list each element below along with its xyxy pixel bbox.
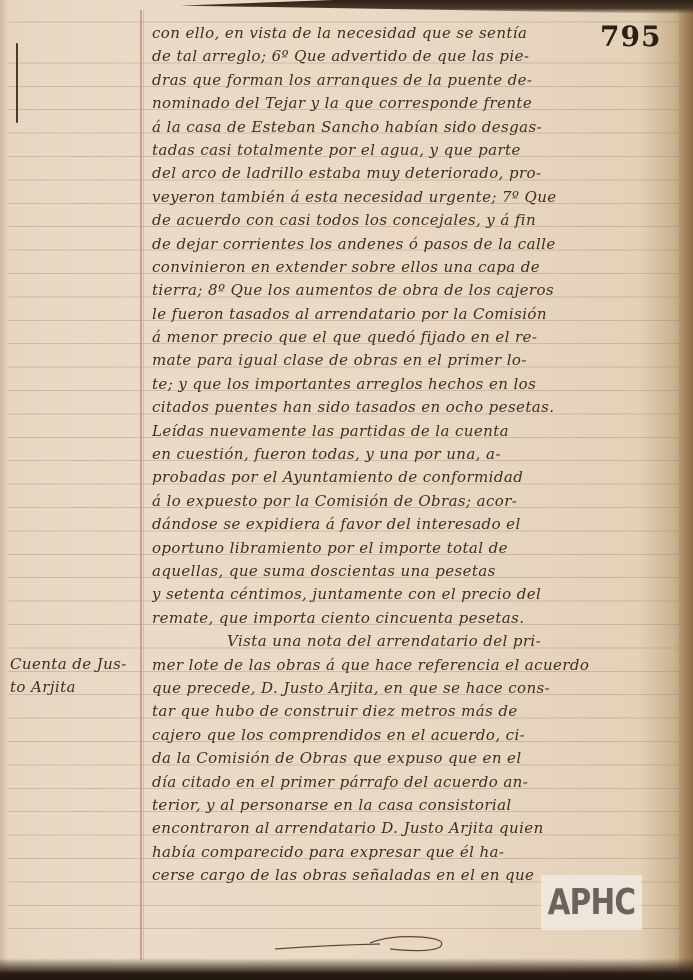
- text-line: y setenta céntimos, juntamente con el pr…: [152, 583, 672, 606]
- aphc-watermark: APHC: [541, 875, 642, 930]
- text-line: te; y que los importantes arreglos hecho…: [152, 373, 672, 396]
- red-margin-rule: [140, 10, 142, 960]
- text-line: encontraron al arrendatario D. Justo Arj…: [152, 817, 672, 840]
- text-line: dándose se expidiera á favor del interes…: [152, 513, 672, 536]
- text-line: tar que hubo de construir diez metros má…: [152, 700, 672, 723]
- text-line: veyeron también á esta necesidad urgente…: [152, 186, 672, 209]
- text-line: probadas por el Ayuntamiento de conformi…: [152, 466, 672, 489]
- text-line: citados puentes han sido tasados en ocho…: [152, 396, 672, 419]
- text-line: había comparecido para expresar que él h…: [152, 841, 672, 864]
- text-line: oportuno libramiento por el importe tota…: [152, 537, 672, 560]
- text-line: da la Comisión de Obras que expuso que e…: [152, 747, 672, 770]
- text-line: dras que forman los arranques de la puen…: [152, 69, 672, 92]
- top-binding-shadow: [180, 0, 693, 14]
- closing-flourish-icon: [270, 933, 460, 955]
- text-line: de tal arreglo; 6º Que advertido de que …: [152, 45, 672, 68]
- text-line: día citado en el primer párrafo del acue…: [152, 771, 672, 794]
- text-line: de acuerdo con casi todos los concejales…: [152, 209, 672, 232]
- text-line: terior, y al personarse en la casa consi…: [152, 794, 672, 817]
- text-line-indented: Vista una nota del arrendatario del pri-: [152, 630, 672, 653]
- text-line: á menor precio que el que quedó fijado e…: [152, 326, 672, 349]
- ink-mark: [16, 43, 18, 123]
- margin-note-line: to Arjita: [10, 676, 138, 699]
- red-margin-rule-secondary: [143, 10, 144, 960]
- text-line: mate para igual clase de obras en el pri…: [152, 349, 672, 372]
- text-line: convinieron en extender sobre ellos una …: [152, 256, 672, 279]
- page-left-edge: [0, 0, 8, 980]
- text-line: con ello, en vista de la necesidad que s…: [152, 22, 672, 45]
- text-line: á la casa de Esteban Sancho habían sido …: [152, 116, 672, 139]
- ledger-page: 795 Cuenta de Jus- to Arjita con ello, e…: [0, 0, 693, 980]
- text-line: tierra; 8º Que los aumentos de obra de l…: [152, 279, 672, 302]
- text-line: en cuestión, fueron todas, y una por una…: [152, 443, 672, 466]
- text-line: aquellas, que suma doscientas una peseta…: [152, 560, 672, 583]
- text-line: nominado del Tejar y la que corresponde …: [152, 92, 672, 115]
- text-line: cajero que los comprendidos en el acuerd…: [152, 724, 672, 747]
- text-line: á lo expuesto por la Comisión de Obras; …: [152, 490, 672, 513]
- text-line: remate, que importa ciento cincuenta pes…: [152, 607, 672, 630]
- text-line: del arco de ladrillo estaba muy deterior…: [152, 162, 672, 185]
- text-line: Leídas nuevamente las partidas de la cue…: [152, 420, 672, 443]
- page-right-edge: [679, 0, 693, 980]
- watermark-text: APHC: [548, 882, 636, 923]
- handwritten-body: con ello, en vista de la necesidad que s…: [152, 22, 672, 887]
- margin-note: Cuenta de Jus- to Arjita: [10, 653, 138, 700]
- text-line: mer lote de las obras á que hace referen…: [152, 654, 672, 677]
- text-line: le fueron tasados al arrendatario por la…: [152, 303, 672, 326]
- bottom-binding-shadow: [0, 958, 693, 980]
- text-line: que precede, D. Justo Arjita, en que se …: [152, 677, 672, 700]
- margin-note-line: Cuenta de Jus-: [10, 653, 138, 676]
- text-line: de dejar corrientes los andenes ó pasos …: [152, 233, 672, 256]
- text-line: tadas casi totalmente por el agua, y que…: [152, 139, 672, 162]
